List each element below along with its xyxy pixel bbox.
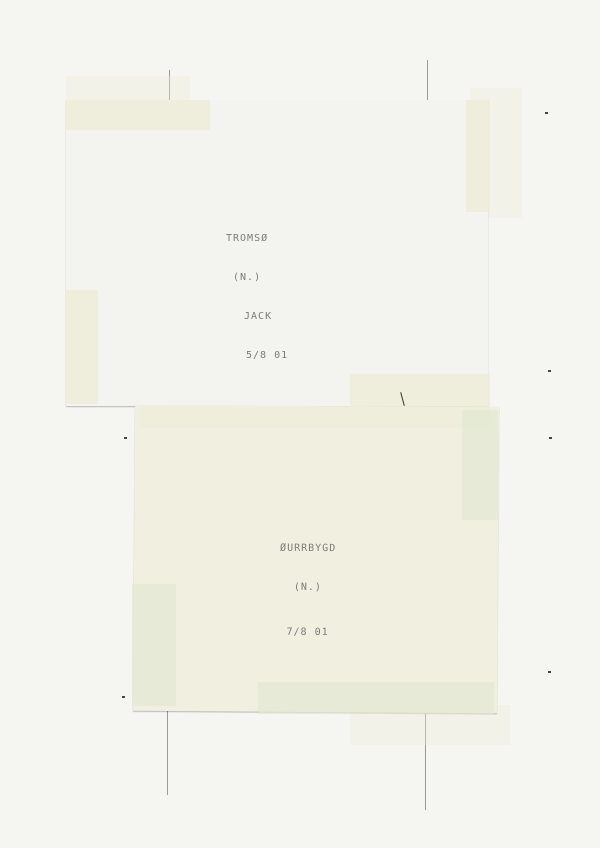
tape-strip bbox=[462, 410, 498, 520]
pencil-mark bbox=[427, 60, 428, 100]
tick-mark bbox=[545, 112, 548, 114]
card-tromso: TROMSØ (N.) JACK 5/8 01 bbox=[66, 100, 488, 406]
label-line: JACK bbox=[206, 310, 288, 323]
tape-strip bbox=[466, 100, 490, 212]
tick-mark bbox=[122, 696, 125, 698]
card-label: TROMSØ (N.) JACK 5/8 01 bbox=[206, 206, 288, 388]
tape-strip bbox=[66, 76, 190, 100]
tick-mark bbox=[124, 437, 127, 439]
label-line: ØURRBYGD bbox=[280, 542, 336, 555]
tape-strip bbox=[258, 682, 494, 714]
label-line: 7/8 01 bbox=[279, 620, 335, 639]
tape-strip bbox=[66, 100, 210, 130]
tape-strip bbox=[140, 406, 490, 428]
pencil-mark bbox=[167, 705, 168, 795]
tape-strip bbox=[66, 290, 98, 404]
label-line: (N.) bbox=[280, 581, 336, 594]
label-line: (N.) bbox=[206, 271, 288, 284]
tick-mark bbox=[548, 370, 551, 372]
tape-strip bbox=[350, 374, 490, 408]
tape-strip bbox=[132, 584, 176, 706]
card-ourrbygd: ØURRBYGD (N.) 7/8 01 bbox=[133, 405, 499, 714]
card-label: ØURRBYGD (N.) 7/8 01 bbox=[279, 516, 336, 665]
paper-sheet: TROMSØ (N.) JACK 5/8 01 ØURRBYGD (N.) 7/… bbox=[0, 0, 600, 848]
label-line: TROMSØ bbox=[206, 232, 288, 245]
label-line: 5/8 01 bbox=[206, 349, 288, 362]
tick-mark bbox=[549, 437, 552, 439]
tick-mark bbox=[548, 671, 551, 673]
